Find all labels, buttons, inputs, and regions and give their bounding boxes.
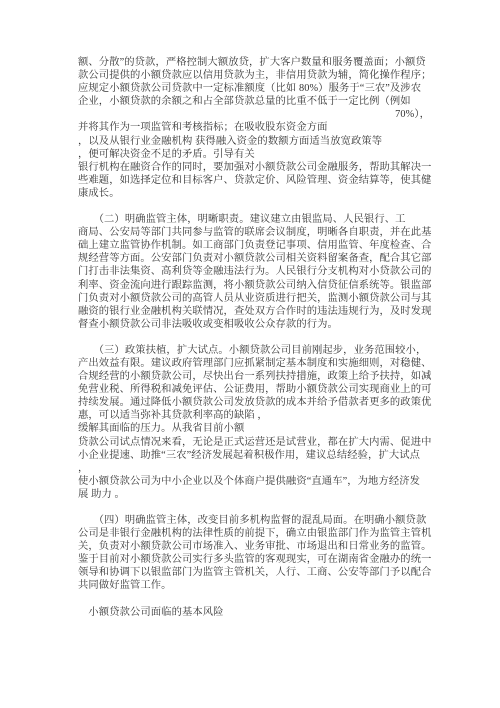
text-line: 利率、资金流向进行跟踪监测，将小额贷款公司纳入信贷征信系统等。银监部 xyxy=(78,279,430,292)
text-line: 并将其作为一项监管和考核指标；在吸收股东资金方面 xyxy=(78,121,430,134)
text-line: 共同做好监管工作。 xyxy=(78,579,430,592)
text-line: ，以及从银行业金融机构 获得融入资金的数额方面适当放宽政策等 xyxy=(78,135,430,148)
paragraph-2-supervision-body: （二）明确监管主体，明晰职责。建议建立由银监局、人民银行、工商局、公安局等部门共… xyxy=(78,213,430,331)
text-line: 应规定小额贷款公司贷款中一定标准额度（比如 80%）服务于“三农”及涉农 xyxy=(78,82,430,95)
text-line: 小企业提速、助推“三农”经济发展起着积极作用，建议总结经验，扩大试点 xyxy=(78,449,430,462)
paragraph-continuation: 额、分散”的贷款，严格控制大额放贷，扩大客户数量和服务覆盖面；小额贷款公司提供的… xyxy=(78,56,430,200)
text-line: 贷款公司试点情况来看，无论是正式运营还是试营业，都在扩大内需、促进中 xyxy=(78,436,430,449)
text-line: ， xyxy=(78,462,430,475)
paragraph-3-policy-support: （三）政策扶植，扩大试点。小额贷款公司目前刚起步，业务范围较小，产出效益有限。建… xyxy=(78,344,430,501)
text-line: 鉴于目前对小额贷款公司实行多头监管的客观现实，可在湖南省金融办的统一 xyxy=(78,553,430,566)
text-line: 督查小额贷款公司非法吸收或变相吸收公众存款的行为。 xyxy=(78,318,430,331)
text-line: 些难题，如选择定位和目标客户、贷款定价、风险管理、资金结算等，使其健 xyxy=(78,174,430,187)
paragraph-4-regulatory-authority: （四）明确监管主体，改变目前多机构监督的混乱局面。在明确小额贷款公司是非银行金融… xyxy=(78,514,430,593)
text-line: 规经营等方面。公安部门负责对小额贷款公司相关资料留案备查，配合其它部 xyxy=(78,252,430,265)
text-line: 础上建立监管协作机制。如工商部门负责登记事项、信用监管、年度检查、合 xyxy=(78,239,430,252)
text-line: 康成长。 xyxy=(78,187,430,200)
text-line: 70%）， xyxy=(78,108,430,121)
text-line: 融资的银行业金融机构关联情况，查处双方合作时的违法违规行为，及时发现 xyxy=(78,305,430,318)
text-line: 公司是非银行金融机构的法律性质的前提下，确立由银监部门作为监管主管机 xyxy=(78,527,430,540)
text-line: 企业，小额贷款的余额之和占全部贷款总量的比重不低于一定比例（例如 xyxy=(78,95,430,108)
text-line: 门负责对小额贷款公司的高管人员从业资质进行把关，监测小额贷款公司与其 xyxy=(78,292,430,305)
text-line: 门打击非法集资、高利贷等金融违法行为。人民银行分支机构对小贷款公司的 xyxy=(78,265,430,278)
section-heading-basic-risks: 小额贷款公司面临的基本风险 xyxy=(78,606,430,619)
text-line: 展 助力 。 xyxy=(78,488,430,501)
text-line: 持续发展。通过降低小额贷款公司发放贷款的成本并给予借款者更多的政策优 xyxy=(78,396,430,409)
text-line: （三）政策扶植，扩大试点。小额贷款公司目前刚起步，业务范围较小， xyxy=(78,344,430,357)
text-line: 额、分散”的贷款，严格控制大额放贷，扩大客户数量和服务覆盖面；小额贷 xyxy=(78,56,430,69)
document-page: 额、分散”的贷款，严格控制大额放贷，扩大客户数量和服务覆盖面；小额贷款公司提供的… xyxy=(0,0,500,708)
text-line: 款公司提供的小额贷款应以信用贷款为主，非信用贷款为辅，简化操作程序； xyxy=(78,69,430,82)
text-line: 银行机构在融资合作的同时，要加强对小额贷款公司金融服务，帮助其解决一 xyxy=(78,161,430,174)
text-line: 免营业税、所得税和减免评估、公证费用，帮助小额贷款公司实现商业上的可 xyxy=(78,383,430,396)
text-line: 使小额贷款公司为中小企业以及个体商户提供融资“直通车”，为地方经济发 xyxy=(78,475,430,488)
text-line: 小额贷款公司面临的基本风险 xyxy=(78,606,430,619)
text-line: 领导和协调下以银监部门为监管主管机关，人行、工商、公安等部门予以配合 xyxy=(78,566,430,579)
text-line: 合规经营的小额贷款公司，尽快出台一系列扶持措施，政策上给予扶持，如减 xyxy=(78,370,430,383)
text-line: 商局、公安局等部门共同参与监管的联席会议制度，明晰各自职责，并在此基 xyxy=(78,226,430,239)
text-line: ，便可解决资金不足的矛盾。引导有关 xyxy=(78,148,430,161)
text-line: （二）明确监管主体，明晰职责。建议建立由银监局、人民银行、工 xyxy=(78,213,430,226)
text-line: 惠，可以适当弥补其贷款利率高的缺陷 ， xyxy=(78,409,430,422)
text-line: 产出效益有限。建议政府管理部门应抓紧制定基本制度和实施细则，对稳健、 xyxy=(78,357,430,370)
text-line: （四）明确监管主体，改变目前多机构监督的混乱局面。在明确小额贷款 xyxy=(78,514,430,527)
text-line: 缓解其面临的压力。从我省目前小额 xyxy=(78,422,430,435)
document-text-body: 额、分散”的贷款，严格控制大额放贷，扩大客户数量和服务覆盖面；小额贷款公司提供的… xyxy=(78,56,430,632)
text-line: 关，负责对小额贷款公司市场准入、业务审批、市场退出和日常业务的监管。 xyxy=(78,540,430,553)
